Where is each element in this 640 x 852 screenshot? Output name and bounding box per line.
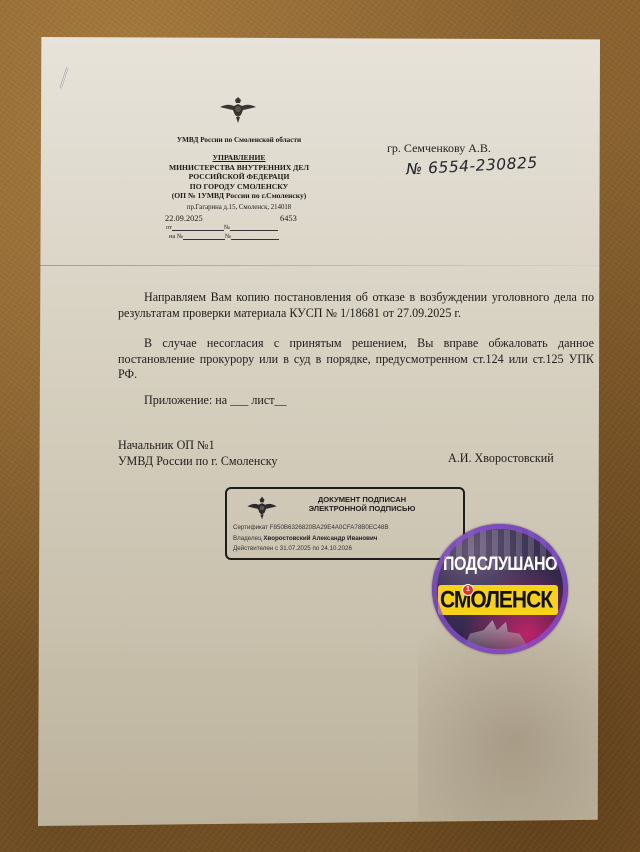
department-line: УПРАВЛЕНИЕ — [124, 153, 354, 163]
owner-label: Владелец — [233, 535, 262, 542]
paper-fold-line — [38, 265, 600, 266]
signatory-title: Начальник ОП №1 УМВД России по г. Смолен… — [118, 437, 277, 469]
esign-heading: ДОКУМЕНТ ПОДПИСАН ЭЛЕКТРОННОЙ ПОДПИСЬЮ — [287, 495, 437, 514]
badge-rim — [432, 524, 568, 654]
owner-value: Хворостовский Александр Иванович — [263, 535, 377, 542]
registration-date: 22.09.2025 — [165, 214, 203, 223]
esign-certificate: Сертификат F850B6326820BA29E4A0CFA78B0EC… — [233, 524, 388, 531]
mvd-eagle-emblem-icon — [218, 93, 258, 125]
body-paragraph-1: Направляем Вам копию постановления об от… — [118, 290, 594, 321]
department-line: РОССИЙСКОЙ ФЕДЕРАЦИ — [124, 172, 354, 182]
registration-number: 6453 — [280, 214, 297, 223]
mvd-eagle-emblem-icon — [245, 495, 279, 521]
esign-owner: Владелец Хворостовский Александр Иванови… — [233, 535, 377, 542]
recipient-name: гр. Семченкову А.В. — [387, 141, 491, 156]
ref-label: на № — [169, 233, 183, 240]
signatory-name: А.И. Хворостовский — [448, 451, 554, 466]
electronic-signature-stamp: ДОКУМЕНТ ПОДПИСАН ЭЛЕКТРОННОЙ ПОДПИСЬЮ С… — [225, 487, 465, 560]
handwritten-incoming-number: № 6554-230825 — [406, 154, 539, 179]
certificate-value: F850B6326820BA29E4A0CFA78B0EC48B — [270, 524, 389, 531]
staple-icon — [60, 67, 69, 89]
esign-heading-line: ДОКУМЕНТ ПОДПИСАН — [287, 495, 437, 504]
letterhead-address: пр.Гагарина д.15, Смоленск, 214018 — [124, 204, 354, 211]
registration-ref-line: на №№ — [169, 233, 279, 240]
signatory-title-line: УМВД России по г. Смоленску — [118, 453, 277, 469]
signatory-title-line: Начальник ОП №1 — [118, 437, 277, 453]
registration-from-line: от№ — [166, 224, 278, 231]
attachment-line: Приложение: на ___ лист__ — [144, 393, 287, 408]
esign-validity: Действителен с 31.07.2025 по 24.10.2026 — [233, 545, 352, 552]
department-line: ПО ГОРОДУ СМОЛЕНСКУ — [124, 182, 354, 192]
certificate-label: Сертификат — [233, 524, 268, 531]
letterhead-region: УМВД России по Смоленской области — [124, 136, 354, 144]
department-line: МИНИСТЕРСТВА ВНУТРЕННИХ ДЕЛ — [124, 163, 354, 173]
letterhead-department: УПРАВЛЕНИЕ МИНИСТЕРСТВА ВНУТРЕННИХ ДЕЛ Р… — [124, 153, 354, 201]
esign-heading-line: ЭЛЕКТРОННОЙ ПОДПИСЬЮ — [287, 504, 437, 513]
department-line: (ОП № 1УМВД России по г.Смоленску) — [124, 191, 354, 201]
podslushano-smolensk-watermark-logo: ПОДСЛУШАНО СМОЛЕНСК 1 — [432, 524, 568, 654]
body-paragraph-2: В случае несогласия с принятым решением,… — [118, 336, 594, 383]
letter-paper: УМВД России по Смоленской области УПРАВЛ… — [38, 37, 600, 826]
